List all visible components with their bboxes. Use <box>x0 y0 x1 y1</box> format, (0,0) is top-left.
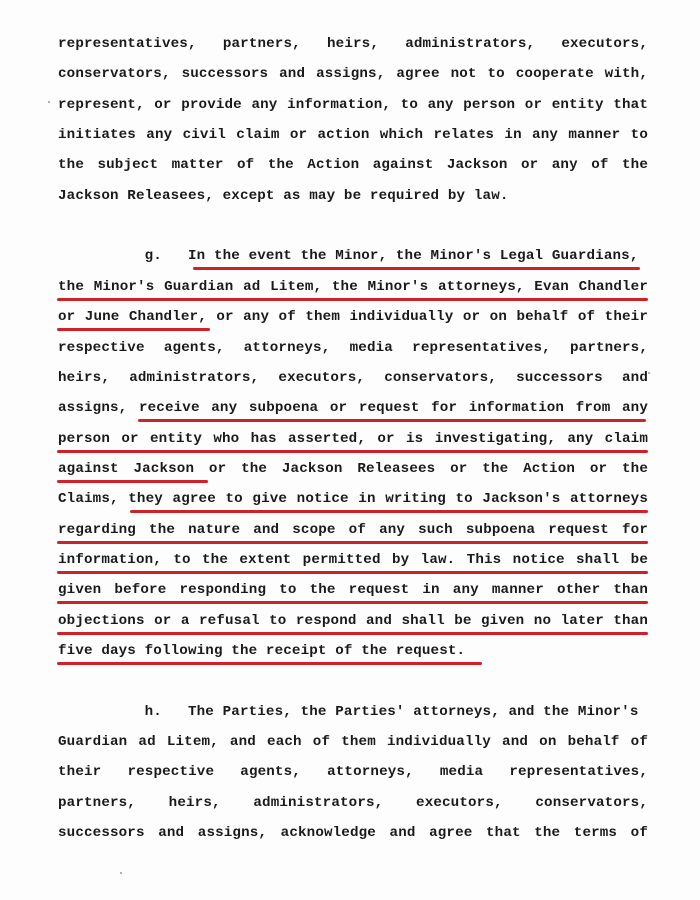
red-underline <box>57 298 648 301</box>
red-underline <box>130 510 648 513</box>
document-line: information, to the extent permitted by … <box>58 548 648 572</box>
document-line: regarding the nature and scope of any su… <box>58 518 648 542</box>
red-underline <box>57 541 648 544</box>
scan-speck <box>648 372 650 374</box>
document-line: represent, or provide any information, t… <box>58 93 648 117</box>
document-line: partners, heirs, administrators, executo… <box>58 791 648 815</box>
document-line: against Jackson or the Jackson Releasees… <box>58 457 648 481</box>
document-line: or June Chandler, or any of them individ… <box>58 305 648 329</box>
document-line: initiates any civil claim or action whic… <box>58 123 648 147</box>
document-line: Claims, they agree to give notice in wri… <box>58 487 648 511</box>
red-underline <box>57 480 208 483</box>
red-underline <box>57 662 482 665</box>
document-line: conservators, successors and assigns, ag… <box>58 62 648 86</box>
scan-speck <box>48 101 50 103</box>
scan-speck <box>120 872 122 874</box>
red-underline <box>57 571 648 574</box>
document-line: representatives, partners, heirs, admini… <box>58 32 648 56</box>
document-line: the subject matter of the Action against… <box>58 153 648 177</box>
document-page: representatives, partners, heirs, admini… <box>0 0 700 900</box>
document-line: h. The Parties, the Parties' attorneys, … <box>58 700 648 724</box>
document-line: given before responding to the request i… <box>58 578 648 602</box>
document-line: their respective agents, attorneys, medi… <box>58 760 648 784</box>
red-underline <box>57 450 648 453</box>
red-underline <box>57 632 648 635</box>
document-line: five days following the receipt of the r… <box>58 639 648 663</box>
document-line: g. In the event the Minor, the Minor's L… <box>58 244 648 268</box>
document-line: Jackson Releasees, except as may be requ… <box>58 184 648 208</box>
document-line: the Minor's Guardian ad Litem, the Minor… <box>58 275 648 299</box>
document-line: assigns, receive any subpoena or request… <box>58 396 648 420</box>
document-line: person or entity who has asserted, or is… <box>58 427 648 451</box>
red-underline <box>138 419 646 422</box>
red-underline <box>193 267 640 270</box>
red-underline <box>57 601 648 604</box>
red-underline <box>57 328 210 331</box>
document-line: successors and assigns, acknowledge and … <box>58 821 648 845</box>
document-line: respective agents, attorneys, media repr… <box>58 336 648 360</box>
document-line: Guardian ad Litem, and each of them indi… <box>58 730 648 754</box>
document-line: objections or a refusal to respond and s… <box>58 609 648 633</box>
document-line: heirs, administrators, executors, conser… <box>58 366 648 390</box>
